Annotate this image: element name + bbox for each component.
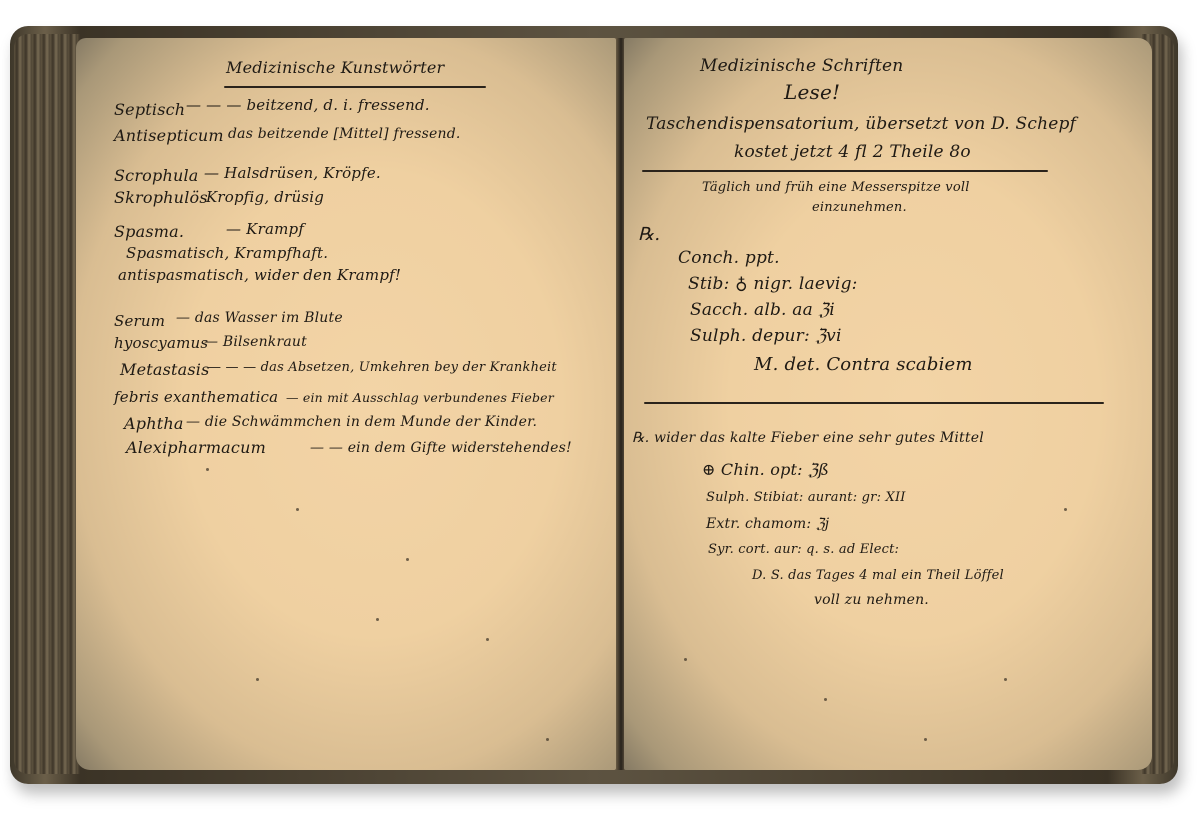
right-page-subheading: Lese!	[784, 80, 840, 104]
left-page: Medizinische Kunstwörter Septisch — — — …	[76, 38, 616, 770]
entry-definition: — das Wasser im Blute	[176, 310, 343, 326]
recipe-line: Extr. chamom: ℨj	[706, 516, 829, 532]
open-notebook: Medizinische Kunstwörter Septisch — — — …	[10, 26, 1178, 784]
entry-term: Spasma.	[114, 222, 184, 241]
note-line1: Täglich und früh eine Messerspitze voll	[702, 180, 970, 195]
recipe-line: Conch. ppt.	[678, 248, 780, 268]
left-page-heading: Medizinische Kunstwörter	[226, 58, 444, 77]
divider-line	[642, 170, 1048, 172]
recipe-line: Sulph. depur: ℨvi	[690, 326, 842, 346]
entry-term: hyoscyamus	[114, 334, 208, 352]
entry-definition: Kropfig, drüsig	[206, 188, 324, 206]
book-edge-left	[14, 34, 80, 774]
entry-term: Serum	[114, 312, 165, 330]
note-line2: einzunehmen.	[812, 200, 907, 215]
entry-definition: das beitzende [Mittel] fressend.	[228, 126, 461, 142]
right-page: Medizinische Schriften Lese! Taschendisp…	[624, 38, 1152, 770]
recipe-line: voll zu nehmen.	[814, 592, 929, 608]
entry-term: Skrophulös	[114, 188, 208, 207]
entry-definition: — Krampf	[226, 220, 304, 238]
recipe-line: D. S. das Tages 4 mal ein Theil Löffel	[752, 568, 1004, 583]
entry-definition: Spasmatisch, Krampfhaft.	[126, 244, 328, 262]
entry-definition: — ein mit Ausschlag verbundenes Fieber	[286, 390, 554, 405]
recipe-line: ⊕ Chin. opt: ℨß	[702, 460, 829, 479]
rx-symbol: ℞.	[638, 224, 660, 245]
entry-term: Metastasis	[120, 360, 210, 379]
entry-term: Antisepticum	[114, 126, 224, 145]
heading-underline	[224, 86, 486, 88]
entry-definition: — — — das Absetzen, Umkehren bey der Kra…	[208, 360, 557, 375]
recipe-line: Syr. cort. aur: q. s. ad Elect:	[708, 542, 899, 557]
entry-definition: — Halsdrüsen, Kröpfe.	[204, 164, 381, 182]
recipe-line: Sacch. alb. aa ℨi	[690, 300, 835, 320]
entry-term: febris exanthematica	[114, 388, 278, 406]
right-page-heading: Medizinische Schriften	[700, 56, 903, 76]
entry-definition: antispasmatisch, wider den Krampf!	[118, 266, 401, 284]
entry-term: Alexipharmacum	[126, 438, 266, 457]
recipe-line: Sulph. Stibiat: aurant: gr: XII	[706, 490, 906, 505]
entry-term: Aphtha	[124, 414, 184, 433]
entry-term: Septisch	[114, 100, 185, 119]
book-note-line2: kostet jetzt 4 fl 2 Theile 8o	[734, 142, 971, 162]
recipe-line: M. det. Contra scabiem	[754, 354, 973, 375]
entry-term: Scrophula	[114, 166, 199, 185]
recipe-line: Stib: ♁ nigr. laevig:	[688, 274, 858, 294]
entry-definition: — die Schwämmchen in dem Munde der Kinde…	[186, 414, 537, 430]
recipe-intro: ℞. wider das kalte Fieber eine sehr gute…	[632, 430, 984, 446]
entry-definition: — — ein dem Gifte widerstehendes!	[310, 440, 572, 456]
book-note-line1: Taschendispensatorium, übersetzt von D. …	[646, 114, 1076, 134]
divider-line	[644, 402, 1104, 404]
entry-definition: — Bilsenkraut	[204, 334, 307, 350]
entry-definition: — — — beitzend, d. i. fressend.	[186, 96, 430, 114]
